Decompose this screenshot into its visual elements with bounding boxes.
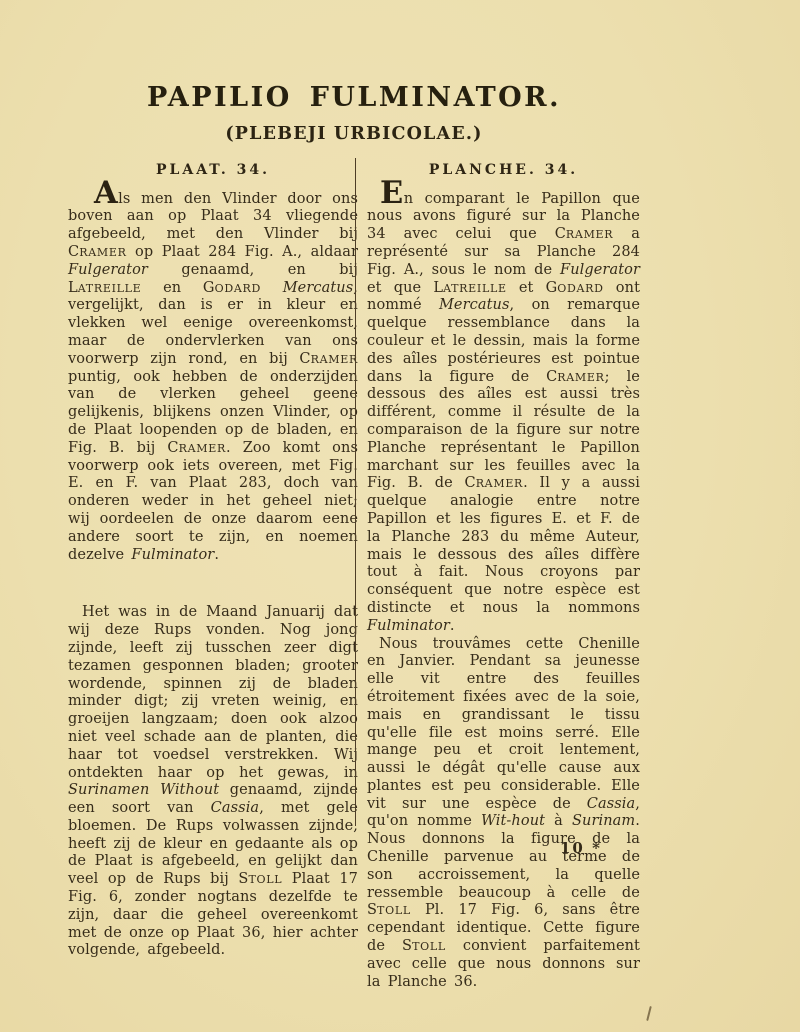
book-page: PAPILIO FULMINATOR. (PLEBEJI URBICOLAE.)… — [0, 0, 800, 1032]
page-signature: 10 * — [560, 839, 602, 857]
page-subtitle: (PLEBEJI URBICOLAE.) — [68, 125, 640, 144]
french-column-header: PLANCHE. 34. — [367, 162, 640, 178]
page-title: PAPILIO FULMINATOR. — [68, 84, 640, 112]
french-paragraph-1: En comparant le Papillon que nous avons … — [367, 191, 640, 636]
two-column-text: PLAAT. 34. Als men den Vlinder door ons … — [68, 162, 640, 992]
dutch-paragraph-1: Als men den Vlinder door ons boven aan o… — [68, 191, 358, 565]
column-divider-rule — [355, 158, 356, 826]
dutch-column: PLAAT. 34. Als men den Vlinder door ons … — [68, 162, 358, 992]
page-content: PAPILIO FULMINATOR. (PLEBEJI URBICOLAE.)… — [68, 84, 640, 991]
ink-speck-mark — [646, 1006, 652, 1021]
french-column: PLANCHE. 34. En comparant le Papillon qu… — [367, 162, 640, 992]
dutch-paragraph-2: Het was in de Maand Januarij dat wij dez… — [68, 604, 358, 960]
french-paragraph-2: Nous trouvâmes cette Chenille en Janvier… — [367, 636, 640, 992]
